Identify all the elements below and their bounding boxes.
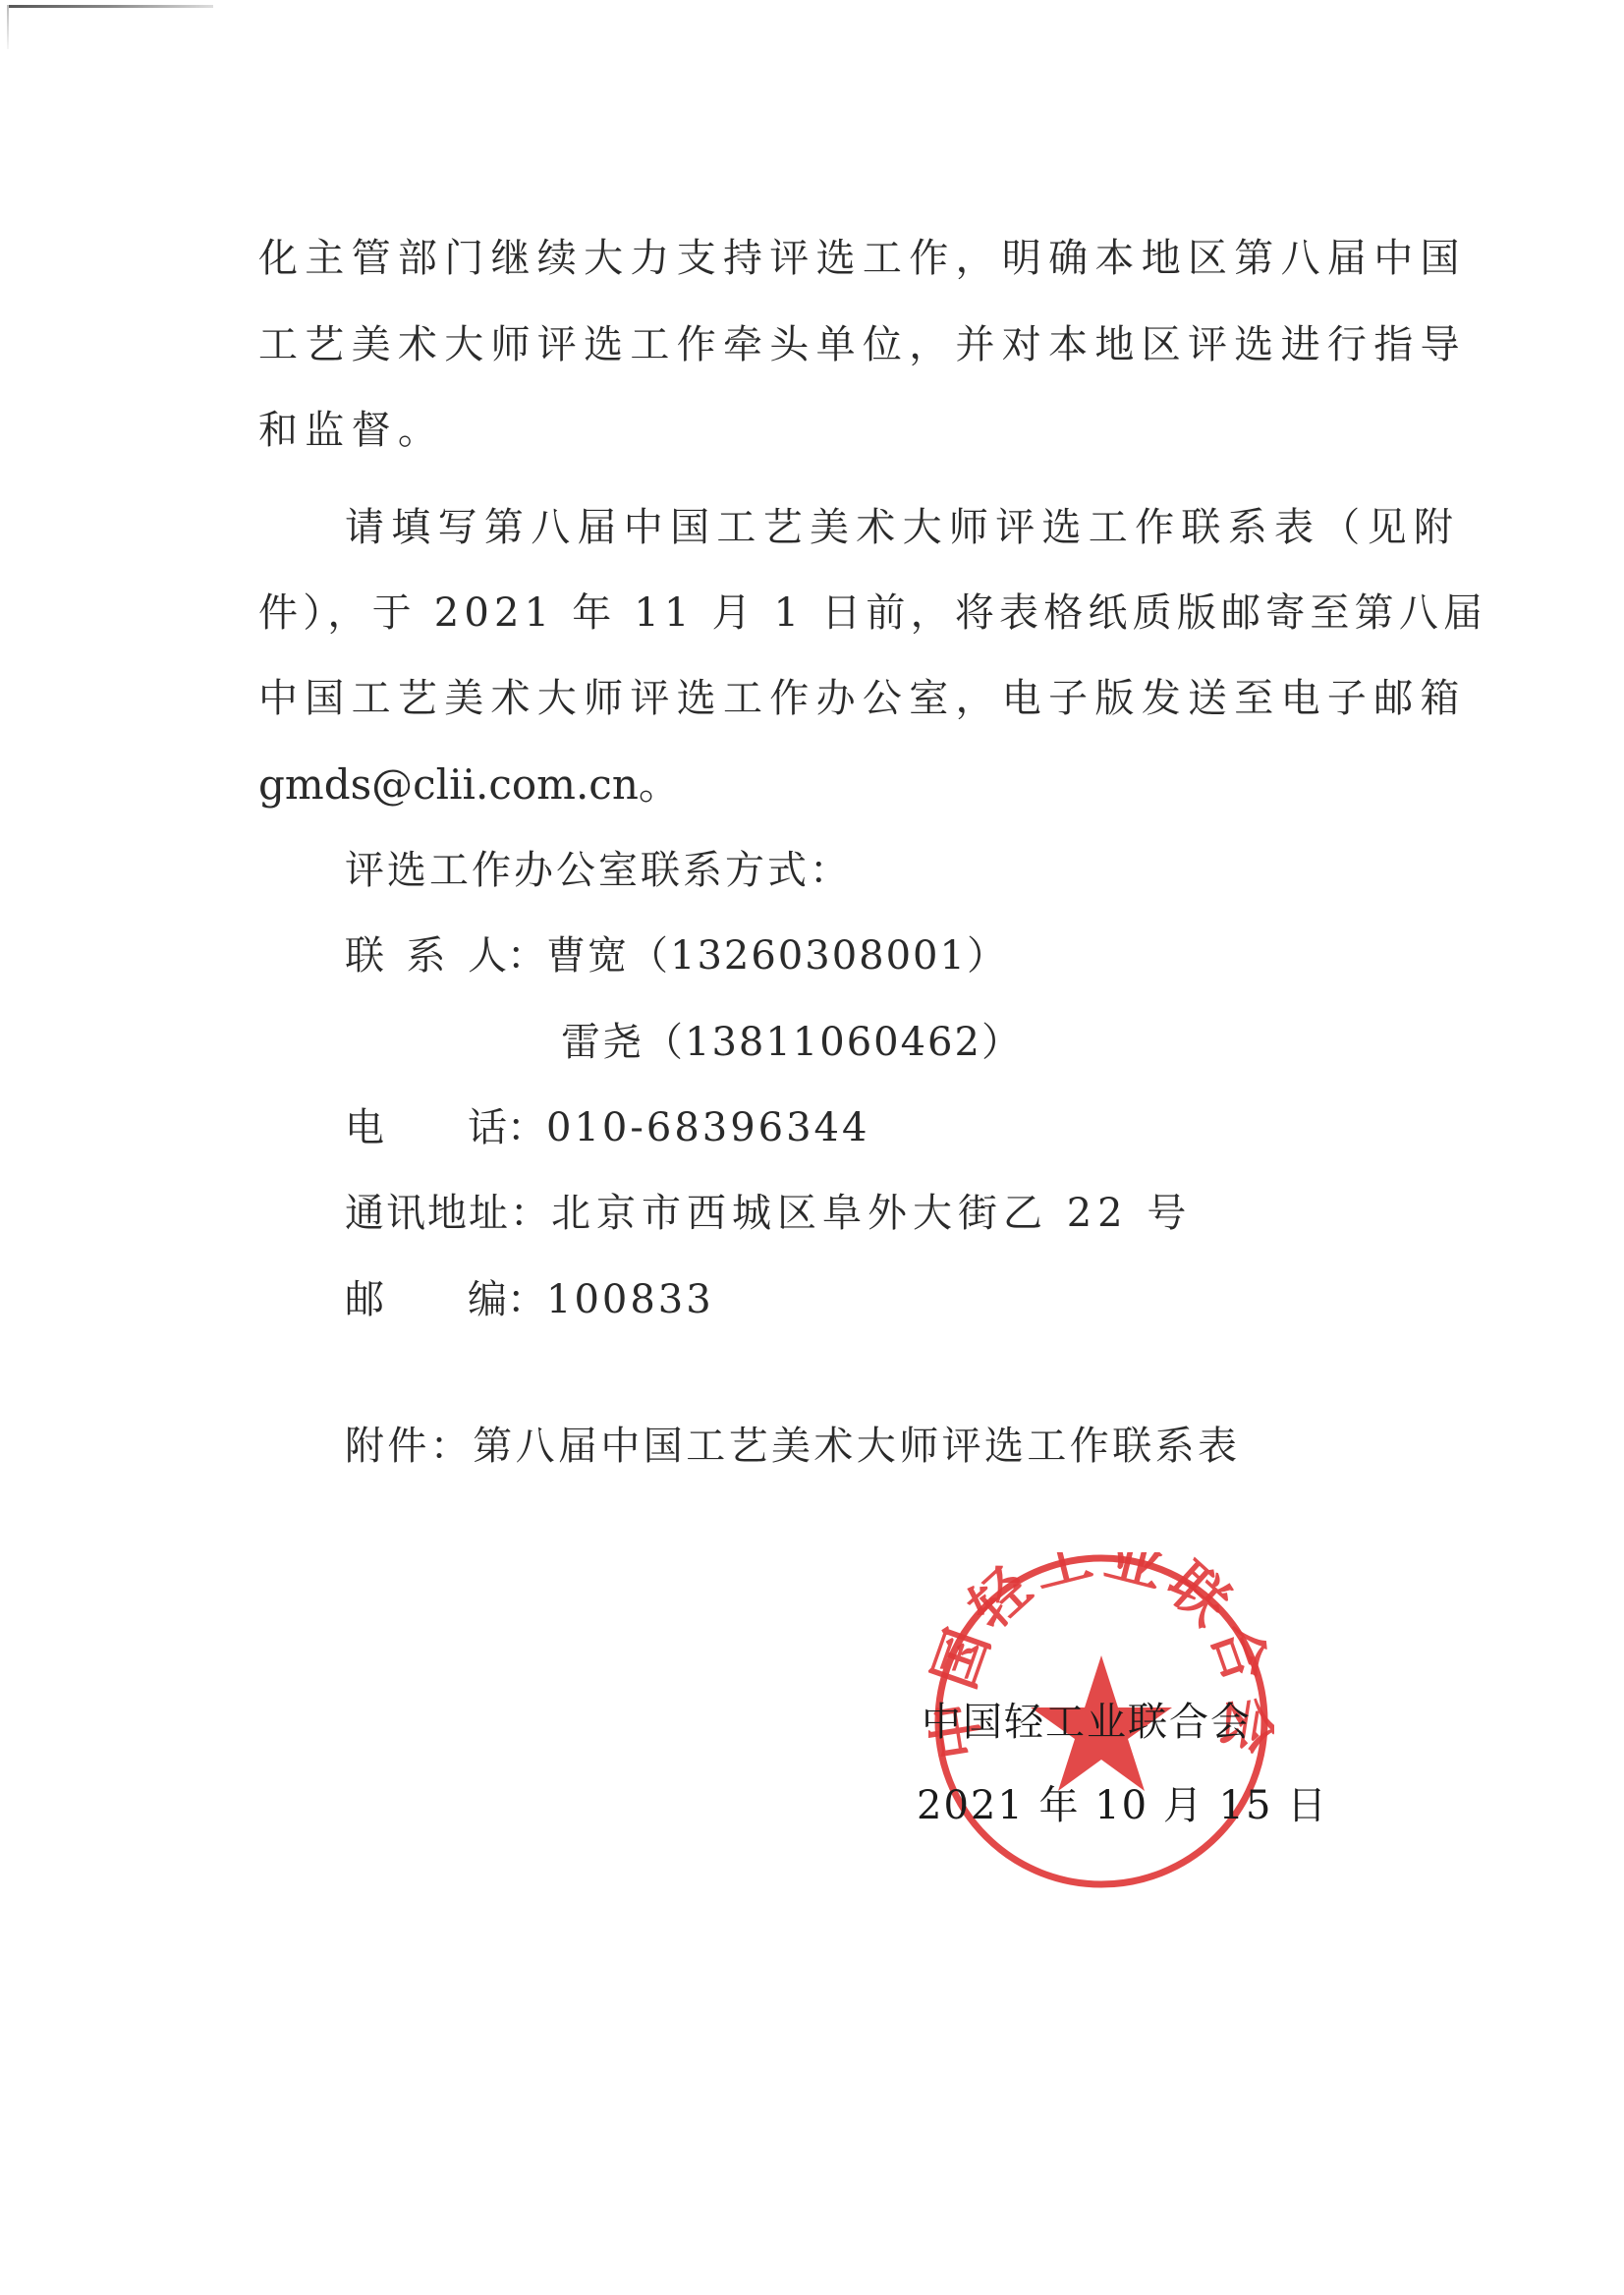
label-char: 话： xyxy=(468,1098,546,1157)
address-value: 北京市西城区阜外大街乙 22 号 xyxy=(551,1191,1192,1236)
label-char: 邮 xyxy=(345,1270,384,1329)
paragraph-1-line-1: 化主管部门继续大力支持评选工作，明确本地区第八届中国 xyxy=(258,229,1467,288)
scan-edge-artifact xyxy=(7,5,213,8)
contact-person-2-row: 雷尧（13811060462） xyxy=(561,1013,1023,1072)
label-char: 联 xyxy=(345,926,384,985)
label-char: 编： xyxy=(468,1270,546,1329)
phone-label: 电 话： xyxy=(345,1098,546,1157)
label-char: 系 xyxy=(407,926,446,985)
contact-person-row: 联 系 人： 曹宽（13260308001） xyxy=(345,926,1008,985)
email-line[interactable]: gmds@clii.com.cn。 xyxy=(258,756,680,814)
contact-person-label: 联 系 人： xyxy=(345,926,546,985)
contact-heading: 评选工作办公室联系方式： xyxy=(345,841,852,900)
address-label: 通讯地址： xyxy=(345,1191,551,1236)
signature-organization: 中国轻工业联合会 xyxy=(922,1693,1252,1752)
phone-value: 010-68396344 xyxy=(546,1105,869,1150)
contact-person-1: 曹宽（13260308001） xyxy=(546,933,1008,979)
scan-edge-artifact-vertical xyxy=(7,5,9,49)
contact-person-2: 雷尧（13811060462） xyxy=(561,1020,1023,1065)
paragraph-2-line-1: 请填写第八届中国工艺美术大师评选工作联系表（见附 xyxy=(345,498,1460,557)
postcode-label: 邮 编： xyxy=(345,1270,546,1329)
postcode-row: 邮 编： 100833 xyxy=(345,1270,714,1329)
paragraph-1-line-2: 工艺美术大师评选工作牵头单位，并对本地区评选进行指导 xyxy=(258,315,1467,374)
postcode-value: 100833 xyxy=(546,1277,714,1322)
attachment-line: 附件：第八届中国工艺美术大师评选工作联系表 xyxy=(345,1417,1240,1476)
phone-row: 电 话： 010-68396344 xyxy=(345,1098,869,1157)
paragraph-2-line-3: 中国工艺美术大师评选工作办公室，电子版发送至电子邮箱 xyxy=(258,669,1467,728)
paragraph-2-line-2: 件），于 2021 年 11 月 1 日前，将表格纸质版邮寄至第八届 xyxy=(258,584,1487,643)
paragraph-1-line-3: 和监督。 xyxy=(258,401,444,460)
label-char: 人： xyxy=(468,926,546,985)
label-char: 电 xyxy=(345,1098,384,1157)
signature-date: 2021 年 10 月 15 日 xyxy=(917,1776,1328,1835)
address-row: 通讯地址：北京市西城区阜外大街乙 22 号 xyxy=(345,1184,1192,1243)
